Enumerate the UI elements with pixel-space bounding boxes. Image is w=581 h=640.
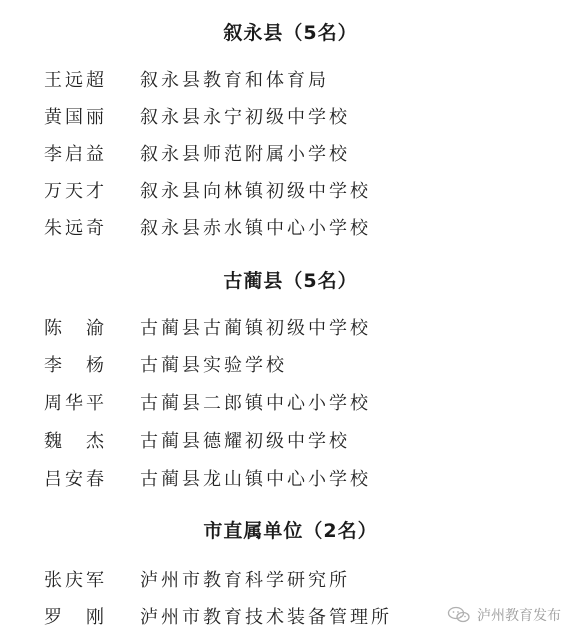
work-unit: 古蔺县古蔺镇初级中学校: [140, 314, 371, 340]
section-heading-gulin: 古蔺县（5名）: [0, 266, 581, 293]
work-unit: 古蔺县龙山镇中心小学校: [140, 465, 371, 491]
person-name: 万天才: [44, 177, 124, 203]
watermark-text: 泸州教育发布: [477, 605, 561, 625]
work-unit: 叙永县赤水镇中心小学校: [140, 214, 371, 240]
work-unit: 泸州市教育技术装备管理所: [140, 603, 392, 629]
person-name: 周华平: [44, 389, 124, 415]
wechat-icon: [447, 606, 471, 624]
person-name: 魏 杰: [44, 427, 124, 453]
work-unit: 古蔺县实验学校: [140, 351, 287, 377]
work-unit: 叙永县永宁初级中学校: [140, 103, 350, 129]
person-name: 张庆军: [44, 566, 124, 592]
watermark: 泸州教育发布: [447, 604, 561, 626]
work-unit: 叙永县师范附属小学校: [140, 140, 350, 166]
person-name: 陈 渝: [44, 314, 124, 340]
person-name: 王远超: [44, 66, 124, 92]
person-name: 黄国丽: [44, 103, 124, 129]
person-name: 李 杨: [44, 351, 124, 377]
work-unit: 古蔺县二郎镇中心小学校: [140, 389, 371, 415]
work-unit: 叙永县教育和体育局: [140, 66, 329, 92]
person-name: 李启益: [44, 140, 124, 166]
work-unit: 叙永县向林镇初级中学校: [140, 177, 371, 203]
work-unit: 泸州市教育科学研究所: [140, 566, 350, 592]
work-unit: 古蔺县德耀初级中学校: [140, 427, 350, 453]
section-heading-xuyong: 叙永县（5名）: [0, 18, 581, 45]
person-name: 罗 刚: [44, 603, 124, 629]
section-heading-municipal: 市直属单位（2名）: [0, 516, 581, 543]
person-name: 朱远奇: [44, 214, 124, 240]
person-name: 吕安春: [44, 465, 124, 491]
